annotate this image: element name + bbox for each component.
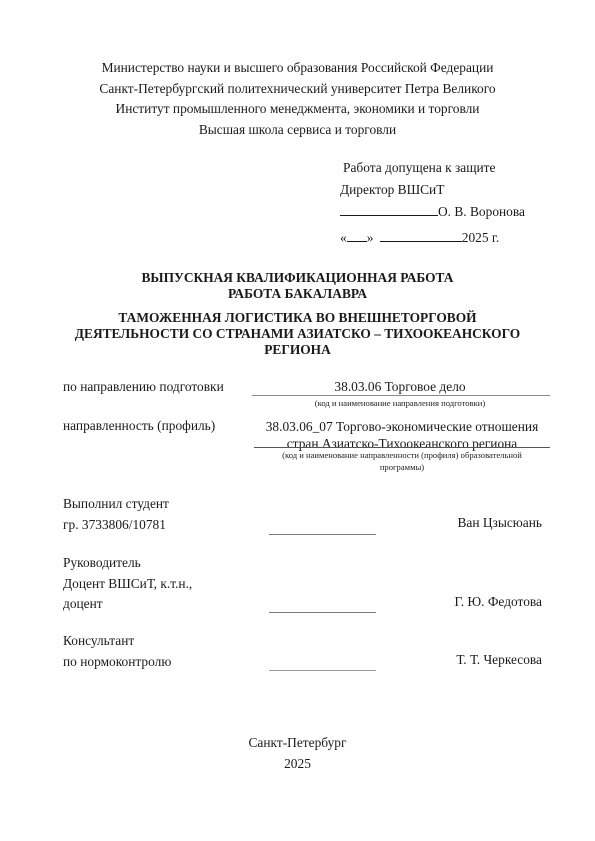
topic-line: РЕГИОНА [0,342,595,358]
student-group: гр. 3733806/10781 [63,515,169,536]
profile-hint: (код и наименование направленности (проф… [252,449,552,473]
profile-hint-line: программы) [252,461,552,473]
work-type: ВЫПУСКНАЯ КВАЛИФИКАЦИОННАЯ РАБОТА [0,270,595,286]
consultant-role-line: по нормоконтролю [63,652,171,673]
institute-name: Институт промышленного менеджмента, экон… [0,99,595,120]
direction-label: по направлению подготовки [63,379,224,395]
topic-line: ТАМОЖЕННАЯ ЛОГИСТИКА ВО ВНЕШНЕТОРГОВОЙ [0,310,595,326]
degree-type: РАБОТА БАКАЛАВРА [0,286,595,302]
director-signature-line [340,203,438,216]
director-name: О. В. Воронова [438,204,525,219]
consultant-signature-line [269,670,376,671]
organization-header: Министерство науки и высшего образования… [0,58,595,140]
student-role: Выполнил студент гр. 3733806/10781 [63,494,169,535]
student-role-line: Выполнил студент [63,494,169,515]
consultant-role: Консультант по нормоконтролю [63,631,171,672]
direction-underline [252,395,550,396]
direction-hint: (код и наименование направления подготов… [250,397,550,409]
student-name: Ван Цзысюань [457,515,542,531]
footer-city: Санкт-Петербург [0,733,595,754]
profile-value-line: 38.03.06_07 Торгово-экономические отноше… [252,418,552,435]
topic-line: ДЕЯТЕЛЬНОСТИ СО СТРАНАМИ АЗИАТСКО – ТИХО… [0,326,595,342]
direction-value: 38.03.06 Торговое дело [250,379,550,395]
date-open-quote: « [340,230,347,245]
month-blank [380,229,462,242]
profile-label: направленность (профиль) [63,418,215,434]
day-blank [347,229,367,242]
supervisor-role-line: Руководитель [63,553,192,574]
consultant-name: Т. Т. Черкесова [456,652,542,668]
approval-block: Работа допущена к защите Директор ВШСиТ … [340,157,525,249]
approval-signature-row: О. В. Воронова [340,201,525,223]
student-signature-line [269,534,376,535]
approval-admitted: Работа допущена к защите [340,157,525,179]
profile-underline [254,447,550,448]
approval-position: Директор ВШСиТ [340,179,525,201]
footer: Санкт-Петербург 2025 [0,733,595,774]
footer-year: 2025 [0,754,595,775]
date-close-quote: » [367,230,374,245]
supervisor-signature-line [269,612,376,613]
date-year: 2025 г. [462,230,499,245]
supervisor-role: Руководитель Доцент ВШСиТ, к.т.н., доцен… [63,553,192,615]
supervisor-role-line: доцент [63,594,192,615]
school-name: Высшая школа сервиса и торговли [0,120,595,141]
profile-hint-line: (код и наименование направленности (проф… [252,449,552,461]
approval-date-row: «» 2025 г. [340,227,525,249]
supervisor-role-line: Доцент ВШСиТ, к.т.н., [63,574,192,595]
supervisor-name: Г. Ю. Федотова [454,594,542,610]
consultant-role-line: Консультант [63,631,171,652]
university-name: Санкт-Петербургский политехнический унив… [0,79,595,100]
ministry-name: Министерство науки и высшего образования… [0,58,595,79]
thesis-title-block: ВЫПУСКНАЯ КВАЛИФИКАЦИОННАЯ РАБОТА РАБОТА… [0,270,595,358]
thesis-topic: ТАМОЖЕННАЯ ЛОГИСТИКА ВО ВНЕШНЕТОРГОВОЙ Д… [0,310,595,358]
